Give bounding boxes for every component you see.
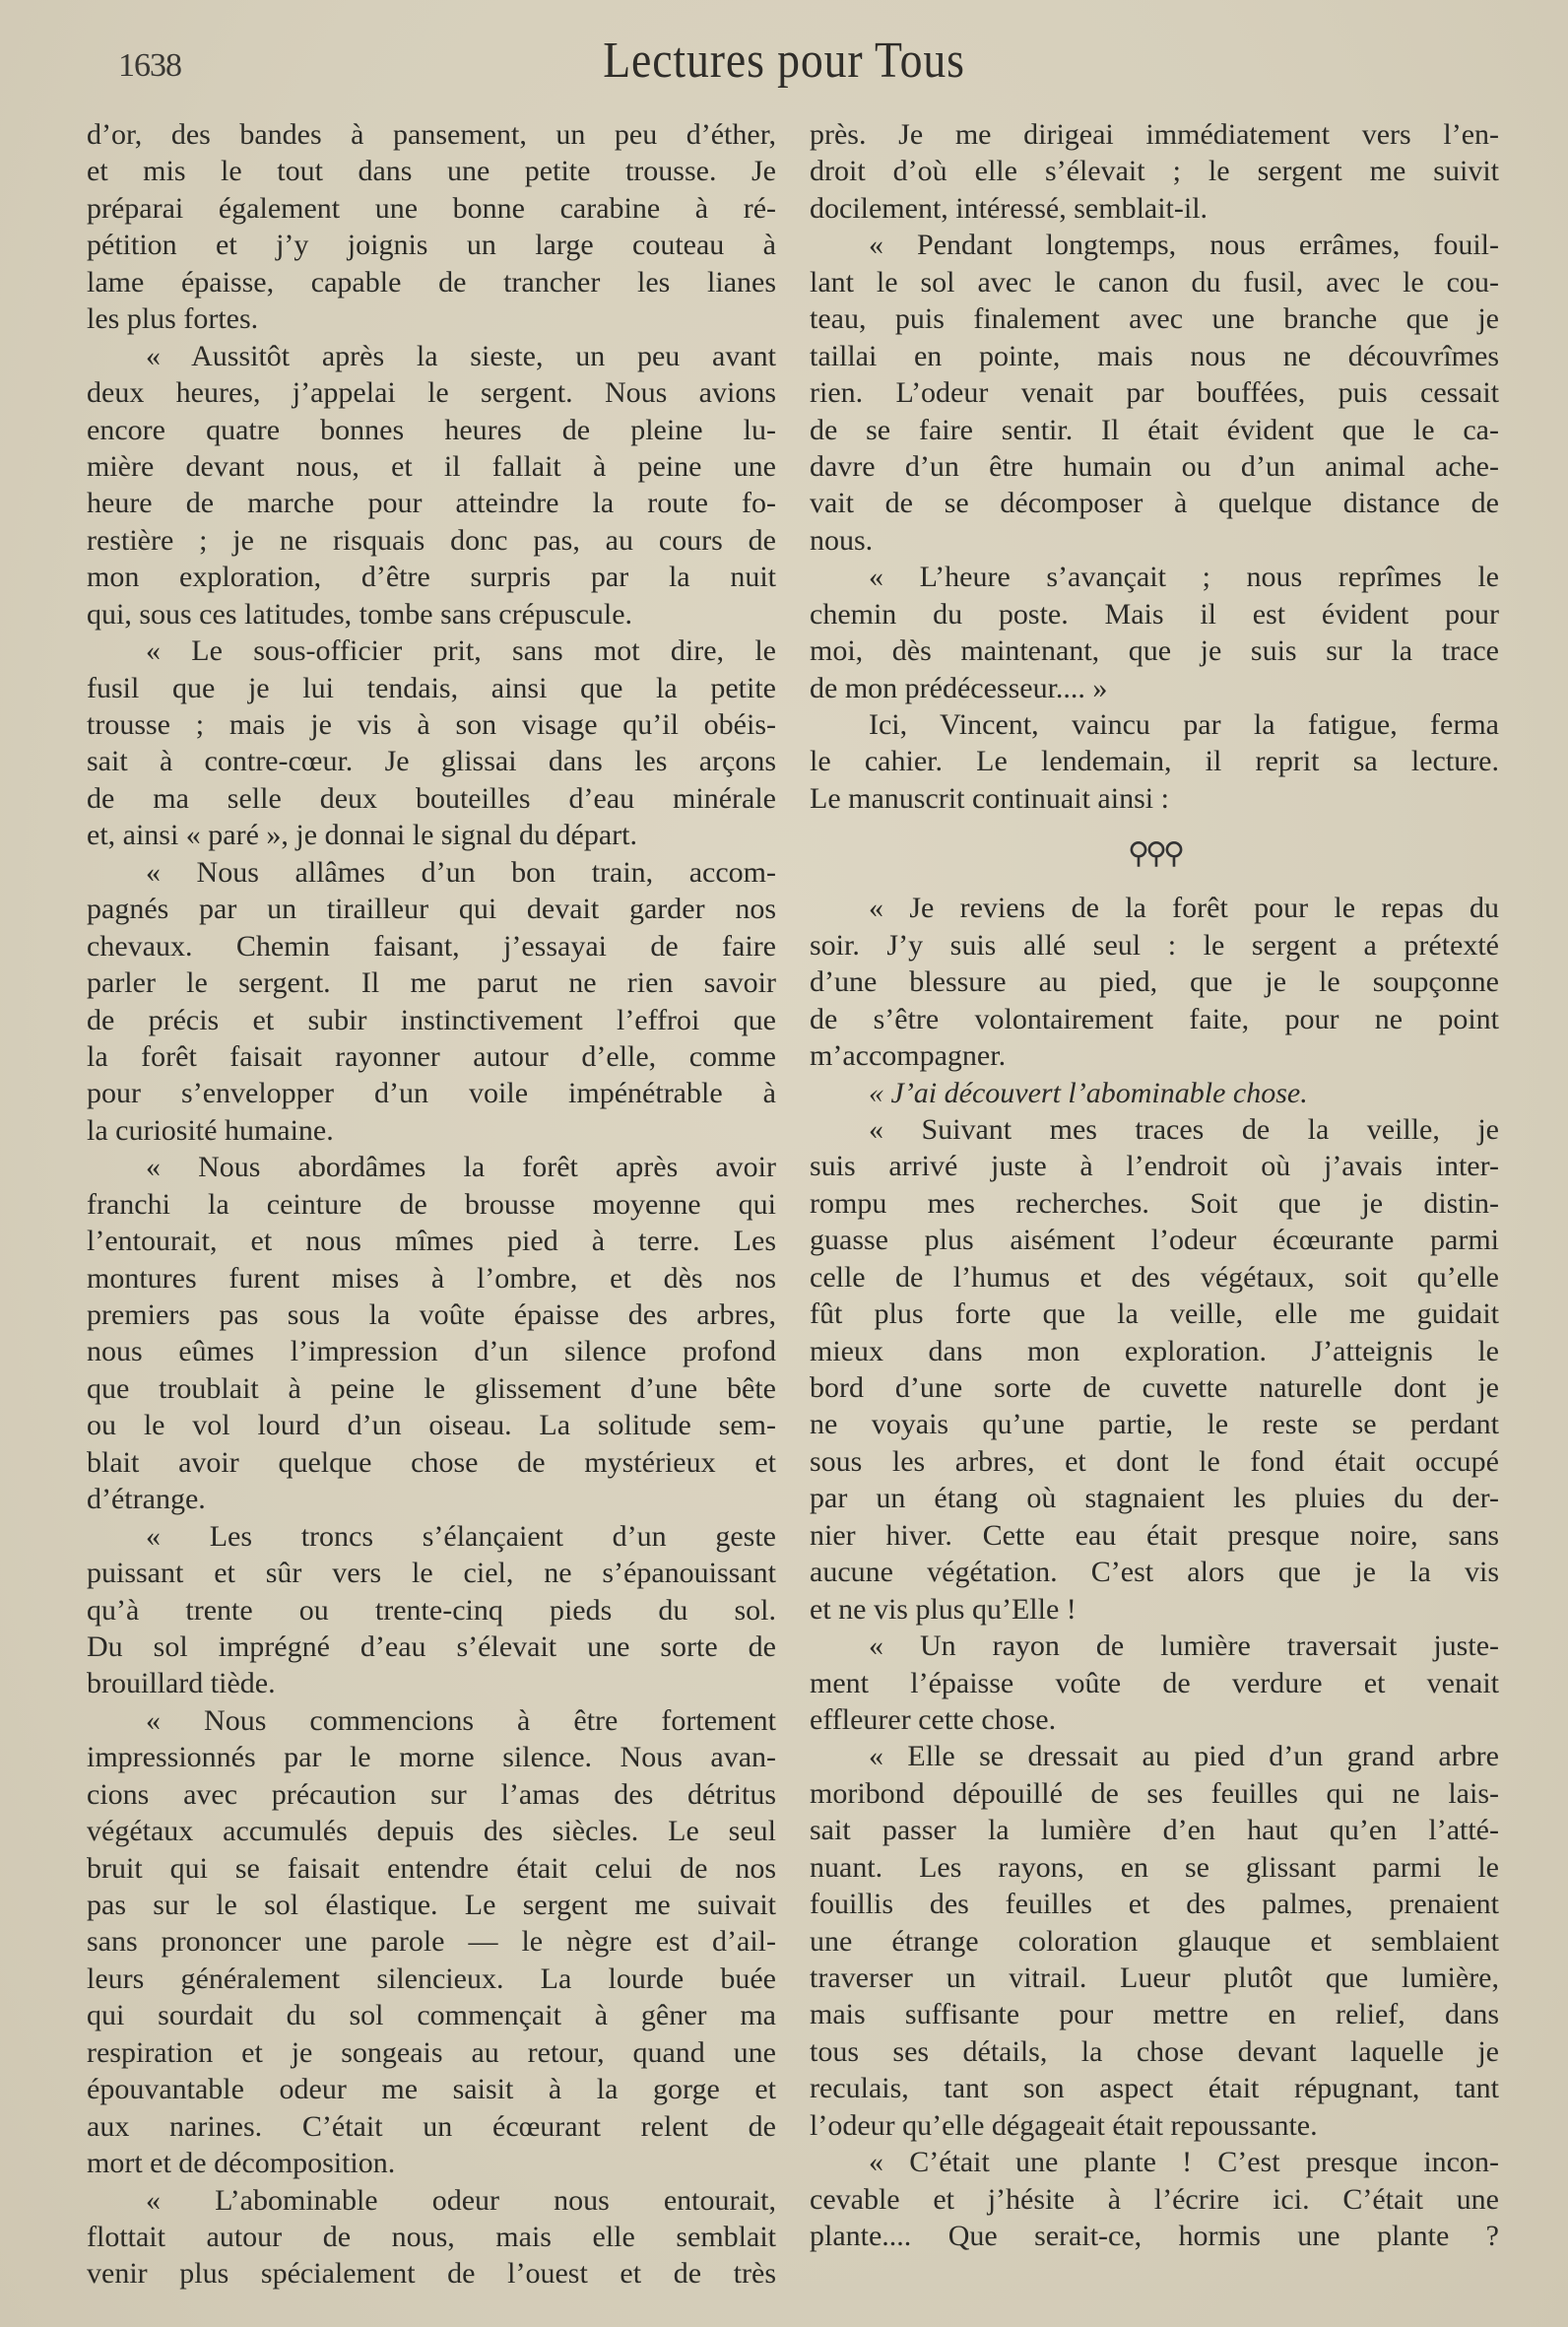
text-line: restière ; je ne risquais donc pas, au c… (87, 522, 776, 559)
text-line: sans prononcer une parole — le nègre est… (87, 1923, 776, 1960)
page-header: 1638 Lectures pour Tous (0, 28, 1568, 106)
text-line: puissant et sûr vers le ciel, ne s’épano… (87, 1555, 776, 1591)
text-line: lame épaisse, capable de trancher les li… (87, 264, 776, 300)
text-line: traverser un vitrail. Lueur plutôt que l… (810, 1960, 1499, 1996)
text-line: brouillard tiède. (87, 1665, 776, 1701)
text-line: moi, dès maintenant, que je suis sur la … (810, 632, 1499, 669)
section-break-ornament: ⚲⚲⚲ (810, 817, 1499, 890)
text-line: « J’ai découvert l’abominable chose. (810, 1075, 1499, 1111)
text-line: teau, puis finalement avec une branche q… (810, 300, 1499, 337)
text-line: pagnés par un tirailleur qui devait gard… (87, 891, 776, 927)
text-line: guasse plus aisément l’odeur écœurante p… (810, 1222, 1499, 1258)
text-line: vait de se décomposer à quelque distance… (810, 485, 1499, 521)
text-line: par un étang où stagnaient les pluies du… (810, 1480, 1499, 1516)
text-line: ne voyais qu’une partie, le reste se per… (810, 1406, 1499, 1442)
text-line: mière devant nous, et il fallait à peine… (87, 448, 776, 485)
text-line: préparai également une bonne carabine à … (87, 190, 776, 227)
text-line: trousse ; mais je vis à son visage qu’il… (87, 706, 776, 743)
text-line: « Nous commencions à être fortement (87, 1702, 776, 1739)
text-line: cions avec précaution sur l’amas des dét… (87, 1776, 776, 1813)
text-line: davre d’un être humain ou d’un animal ac… (810, 448, 1499, 485)
text-line: de mon prédécesseur.... » (810, 670, 1499, 706)
text-line: nuant. Les rayons, en se glissant parmi … (810, 1849, 1499, 1886)
text-line: et, ainsi « paré », je donnai le signal … (87, 817, 776, 853)
text-line: tous ses détails, la chose devant laquel… (810, 2033, 1499, 2070)
text-line: taillai en pointe, mais nous ne découvrî… (810, 338, 1499, 374)
right-column: près. Je me dirigeai immédiatement vers … (810, 116, 1499, 2255)
text-line: pétition et j’y joignis un large couteau… (87, 227, 776, 263)
text-line: lant le sol avec le canon du fusil, avec… (810, 264, 1499, 300)
text-line: franchi la ceinture de brousse moyenne q… (87, 1186, 776, 1223)
text-line: effleurer cette chose. (810, 1701, 1499, 1738)
text-line: rien. L’odeur venait par bouffées, puis … (810, 374, 1499, 411)
text-line: le cahier. Le lendemain, il reprit sa le… (810, 743, 1499, 779)
text-line: respiration et je songeais au retour, qu… (87, 2034, 776, 2071)
text-line: que troublait à peine le glissement d’un… (87, 1370, 776, 1407)
text-line: deux heures, j’appelai le sergent. Nous … (87, 374, 776, 411)
text-line: et mis le tout dans une petite trousse. … (87, 153, 776, 189)
text-line: Le manuscrit continuait ainsi : (810, 780, 1499, 817)
right-column-bottom-text: « Je reviens de la forêt pour le repas d… (810, 890, 1499, 2254)
text-line: flottait autour de nous, mais elle sembl… (87, 2219, 776, 2255)
text-line: « Elle se dressait au pied d’un grand ar… (810, 1738, 1499, 1774)
text-line: « Le sous-officier prit, sans mot dire, … (87, 632, 776, 669)
text-line: « Je reviens de la forêt pour le repas d… (810, 890, 1499, 926)
text-line: aucune végétation. C’est alors que je la… (810, 1554, 1499, 1590)
text-line: épouvantable odeur me saisit à la gorge … (87, 2071, 776, 2107)
text-line: pas sur le sol élastique. Le sergent me … (87, 1887, 776, 1923)
text-line: docilement, intéressé, semblait-il. (810, 190, 1499, 227)
text-line: mieux dans mon exploration. J’atteignis … (810, 1333, 1499, 1369)
text-line: pour s’envelopper d’un voile impénétrabl… (87, 1075, 776, 1111)
text-line: et ne vis plus qu’Elle ! (810, 1591, 1499, 1628)
text-line: montures furent mises à l’ombre, et dès … (87, 1260, 776, 1296)
text-line: « Aussitôt après la sieste, un peu avant (87, 338, 776, 374)
left-column: d’or, des bandes à pansement, un peu d’é… (87, 116, 776, 2293)
text-line: plante.... Que serait-ce, hormis une pla… (810, 2218, 1499, 2254)
text-line: soir. J’y suis allé seul : le sergent a … (810, 927, 1499, 964)
text-line: blait avoir quelque chose de mystérieux … (87, 1444, 776, 1481)
text-line: celle de l’humus et des végétaux, soit q… (810, 1259, 1499, 1296)
text-line: bord d’une sorte de cuvette naturelle do… (810, 1369, 1499, 1406)
text-line: de se faire sentir. Il était évident que… (810, 412, 1499, 448)
text-line: d’étrange. (87, 1481, 776, 1517)
text-line: l’odeur qu’elle dégageait était repoussa… (810, 2107, 1499, 2144)
text-line: encore quatre bonnes heures de pleine lu… (87, 412, 776, 448)
text-line: de s’être volontairement faite, pour ne … (810, 1001, 1499, 1037)
text-line: une étrange coloration glauque et sembla… (810, 1923, 1499, 1960)
text-line: fût plus forte que la veille, elle me gu… (810, 1296, 1499, 1332)
text-line: la forêt faisait rayonner autour d’elle,… (87, 1038, 776, 1075)
text-line: l’entourait, et nous mîmes pied à terre.… (87, 1223, 776, 1259)
text-line: cevable et j’hésite à l’écrire ici. C’ét… (810, 2181, 1499, 2218)
text-line: impressionnés par le morne silence. Nous… (87, 1739, 776, 1775)
text-line: sous les arbres, et dont le fond était o… (810, 1443, 1499, 1480)
text-line: sait passer la lumière d’en haut qu’en l… (810, 1812, 1499, 1848)
text-line: fouillis des feuilles et des palmes, pre… (810, 1886, 1499, 1922)
text-line: Du sol imprégné d’eau s’élevait une sort… (87, 1629, 776, 1665)
text-line: venir plus spécialement de l’ouest et de… (87, 2255, 776, 2292)
text-line: mon exploration, d’être surpris par la n… (87, 559, 776, 595)
text-line: Ici, Vincent, vaincu par la fatigue, fer… (810, 706, 1499, 743)
text-line: mort et de décomposition. (87, 2145, 776, 2181)
text-line: « Les troncs s’élançaient d’un geste (87, 1518, 776, 1555)
text-line: nous. (810, 522, 1499, 559)
text-line: « L’abominable odeur nous entourait, (87, 2182, 776, 2219)
text-line: de précis et subir instinctivement l’eff… (87, 1002, 776, 1038)
text-line: végétaux accumulés depuis des siècles. L… (87, 1813, 776, 1849)
text-line: bruit qui se faisait entendre était celu… (87, 1850, 776, 1887)
text-line: leurs généralement silencieux. La lourde… (87, 1961, 776, 1997)
right-column-top-text: près. Je me dirigeai immédiatement vers … (810, 116, 1499, 817)
text-line: fusil que je lui tendais, ainsi que la p… (87, 670, 776, 706)
text-line: aux narines. C’était un écœurant relent … (87, 2108, 776, 2145)
running-title: Lectures pour Tous (95, 32, 1474, 90)
text-line: rompu mes recherches. Soit que je distin… (810, 1185, 1499, 1222)
text-line: mais suffisante pour mettre en relief, d… (810, 1996, 1499, 2032)
text-line: sait à contre-cœur. Je glissai dans les … (87, 743, 776, 779)
text-line: près. Je me dirigeai immédiatement vers … (810, 116, 1499, 153)
text-line: les plus fortes. (87, 300, 776, 337)
text-line: « Nous allâmes d’un bon train, accom- (87, 854, 776, 891)
text-line: « Nous abordâmes la forêt après avoir (87, 1149, 776, 1185)
text-line: premiers pas sous la voûte épaisse des a… (87, 1296, 776, 1333)
text-line: qui, sous ces latitudes, tombe sans crép… (87, 596, 776, 632)
text-line: ou le vol lourd d’un oiseau. La solitude… (87, 1407, 776, 1443)
text-line: heure de marche pour atteindre la route … (87, 485, 776, 521)
text-line: m’accompagner. (810, 1037, 1499, 1074)
text-line: qu’à trente ou trente-cinq pieds du sol. (87, 1592, 776, 1629)
text-line: la curiosité humaine. (87, 1112, 776, 1149)
text-line: suis arrivé juste à l’endroit où j’avais… (810, 1148, 1499, 1184)
text-line: « L’heure s’avançait ; nous reprîmes le (810, 559, 1499, 595)
text-line: reculais, tant son aspect était répugnan… (810, 2070, 1499, 2106)
fleuron-icon: ⚲⚲⚲ (1128, 836, 1181, 871)
text-line: « Suivant mes traces de la veille, je (810, 1111, 1499, 1148)
text-line: nier hiver. Cette eau était presque noir… (810, 1517, 1499, 1554)
text-line: « Pendant longtemps, nous errâmes, fouil… (810, 227, 1499, 263)
text-line: « Un rayon de lumière traversait juste- (810, 1628, 1499, 1664)
text-line: d’une blessure au pied, que je le soupço… (810, 964, 1499, 1000)
text-line: d’or, des bandes à pansement, un peu d’é… (87, 116, 776, 153)
text-line: droit d’où elle s’élevait ; le sergent m… (810, 153, 1499, 189)
text-line: moribond dépouillé de ses feuilles qui n… (810, 1775, 1499, 1812)
text-line: chemin du poste. Mais il est évident pou… (810, 596, 1499, 632)
text-line: parler le sergent. Il me parut ne rien s… (87, 964, 776, 1001)
text-line: de ma selle deux bouteilles d’eau minéra… (87, 780, 776, 817)
text-line: ment l’épaisse voûte de verdure et venai… (810, 1665, 1499, 1701)
text-line: qui sourdait du sol commençait à gêner m… (87, 1997, 776, 2033)
text-line: nous eûmes l’impression d’un silence pro… (87, 1333, 776, 1369)
text-line: chevaux. Chemin faisant, j’essayai de fa… (87, 928, 776, 964)
text-line: « C’était une plante ! C’est presque inc… (810, 2144, 1499, 2180)
